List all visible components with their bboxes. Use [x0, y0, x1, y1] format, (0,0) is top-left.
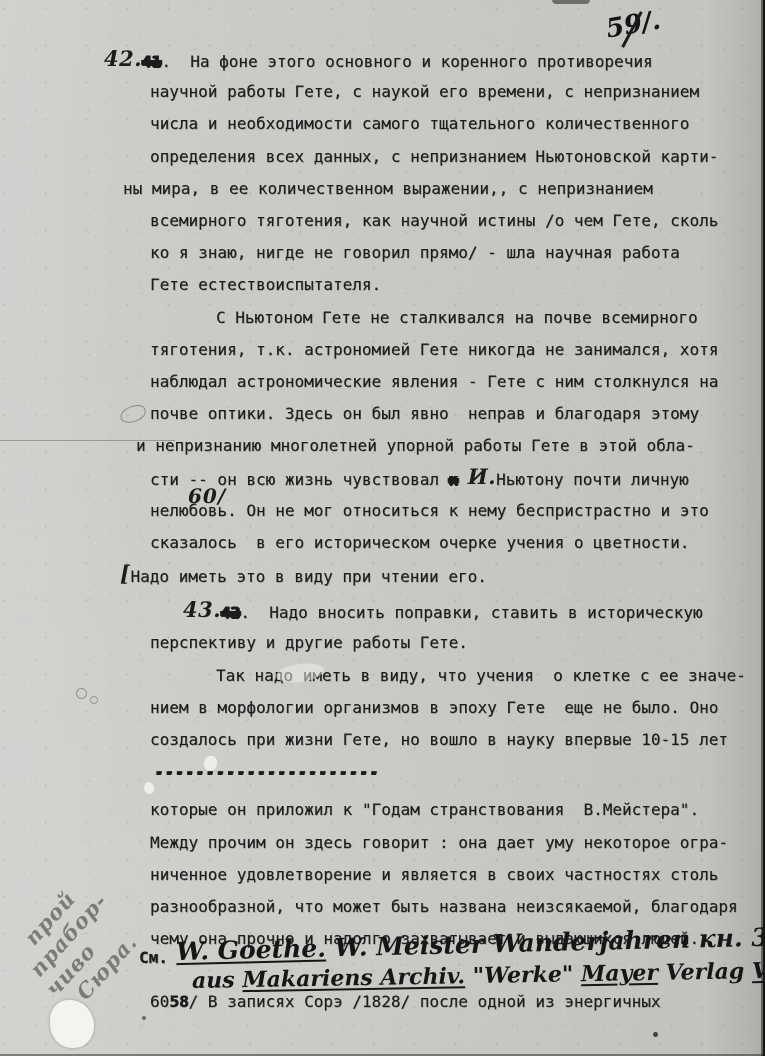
typed-line-seg: Ньютону почти личную: [496, 470, 689, 489]
typed-line-seg: 42.: [104, 46, 142, 71]
typed-line-seg: Между прочим он здесь говорит : она дает…: [150, 833, 728, 852]
typed-line: нием в морфологии организмов в эпоху Гет…: [150, 692, 762, 724]
typed-line-seg: почве оптики. Здесь он был явно неправ и…: [150, 404, 699, 423]
typed-line-seg: нием в морфологии организмов в эпоху Гет…: [150, 698, 718, 717]
pencil-swirl-mark: [118, 403, 147, 425]
typed-line-seg: ко я знаю, нигде не говорил прямо/ - шла…: [150, 243, 680, 262]
typed-line: С Ньютоном Гете не сталкивался на почве …: [216, 302, 762, 334]
typed-line-seg: Гете естествоиспытателя.: [150, 275, 381, 294]
typed-citation-line: 6058/ В записях Сорэ /1828/ после одной …: [150, 992, 661, 1011]
citation-line-2-seg: Mayer: [581, 960, 658, 987]
typed-line: сказалось в его историческом очерке учен…: [150, 527, 762, 559]
typed-line: создалось при жизни Гете, но вошло в нау…: [150, 724, 762, 756]
typed-line: ко я знаю, нигде не говорил прямо/ - шла…: [150, 237, 762, 269]
paper-damage-patch: [144, 782, 154, 794]
typed-line: 43.42. Надо вносить поправки, ставить в …: [183, 595, 762, 627]
typed-line-seg: ны мира, в ее количественном выражении,,…: [123, 179, 653, 198]
typed-line-seg: которые он приложил к "Годам странствова…: [150, 800, 699, 819]
citation-line-2-seg: aus: [192, 967, 243, 994]
citation-line-3-seg: 60: [150, 992, 169, 1011]
typed-line: 42.41. На фоне этого основного и коренно…: [104, 44, 762, 76]
typed-line: наблюдал астрономические явления - Гете …: [150, 366, 762, 398]
insertion-note-60: 60/: [188, 484, 226, 508]
typed-line: которые он приложил к "Годам странствова…: [150, 794, 762, 826]
typed-line-seg: ----------------------: [154, 762, 379, 781]
pencil-circle-mark: [90, 696, 98, 704]
typed-line: нелюбовь. Он не мог относиться к нему бе…: [150, 495, 762, 527]
typed-line-seg: научной работы Гете, с наукой его времен…: [150, 82, 699, 101]
citation-line-3-seg: 58: [169, 992, 188, 1011]
scan-edge-right: [760, 0, 765, 1056]
ink-speck: [142, 1016, 146, 1020]
typed-line: всемирного тяготения, как научной истины…: [150, 205, 762, 237]
typed-line-seg: . Надо вносить поправки, ставить в истор…: [240, 603, 702, 622]
typed-line-seg: 42: [221, 603, 240, 622]
typed-line-seg: всемирного тяготения, как научной истины…: [150, 211, 718, 230]
typed-line-seg: нелюбовь. Он не мог относиться к нему бе…: [150, 501, 709, 520]
typed-line-seg: Надо иметь это в виду при чтении его.: [130, 567, 486, 586]
citation-line-1-seg: W. Goethe.: [176, 933, 327, 966]
ink-speck: [653, 1032, 658, 1037]
typed-line-seg: создалось при жизни Гете, но вошло в нау…: [150, 730, 728, 749]
typed-line: числа и необходимости самого тщательного…: [150, 108, 762, 140]
typed-line-seg: [: [120, 561, 130, 586]
typed-line-seg: разнообразной, что может быть названа не…: [150, 897, 738, 916]
citation-line-2-seg: Makariens Archiv.: [242, 963, 465, 993]
scanned-page: 59/. 42.41. На фоне этого основного и ко…: [0, 0, 765, 1056]
scan-edge-mark: [552, 0, 590, 4]
typed-line: перспективу и другие работы Гете.: [150, 627, 762, 659]
typed-line-seg: и непризнанию многолетней упорной работы…: [136, 436, 695, 455]
margin-pencil-note: пройпрабор-чивоСюра.: [6, 871, 149, 1015]
typed-line-seg: И.: [468, 464, 496, 489]
typed-line-seg: С Ньютоном Гете не сталкивался на почве …: [216, 308, 698, 327]
typed-line-seg: тяготения, т.к. астрономией Гете никогда…: [150, 340, 718, 359]
typed-line: [Надо иметь это в виду при чтении его.: [120, 559, 762, 591]
typed-line-seg: . На фоне этого основного и коренного пр…: [161, 52, 652, 71]
typed-line: Между прочим он здесь говорит : она дает…: [150, 827, 762, 859]
paper-damage-patch: [50, 1000, 94, 1048]
typed-line: почве оптики. Здесь он был явно неправ и…: [150, 398, 762, 430]
typed-line-seg: наблюдал астрономические явления - Гете …: [150, 372, 718, 391]
typed-line: ниченное удовлетворение и является в сво…: [150, 859, 762, 891]
see-reference-label: См.: [139, 948, 168, 967]
typed-line-seg: ниченное удовлетворение и является в сво…: [150, 865, 718, 884]
typed-line: научной работы Гете, с наукой его времен…: [150, 76, 762, 108]
typed-line-seg: 43.: [183, 597, 221, 622]
typed-line-seg: определения всех данных, с непризнанием …: [150, 147, 718, 166]
typed-line: тяготения, т.к. астрономией Гете никогда…: [150, 334, 762, 366]
typed-line-seg: 41: [142, 52, 161, 71]
typed-line: определения всех данных, с непризнанием …: [150, 141, 762, 173]
typed-line: сти -- он всю жизнь чувствовал к И.Ньюто…: [150, 462, 762, 494]
typed-line: ----------------------: [154, 756, 762, 788]
typed-line: и непризнанию многолетней упорной работы…: [136, 430, 762, 462]
typed-line-seg: числа и необходимости самого тщательного…: [150, 114, 689, 133]
typed-line-seg: сказалось в его историческом очерке учен…: [150, 533, 689, 552]
typed-line-seg: [458, 470, 468, 489]
paper-crease: [0, 440, 175, 441]
typewritten-text-block: 42.41. На фоне этого основного и коренно…: [150, 44, 762, 955]
citation-line-2-seg: Verlag: [658, 958, 752, 986]
typed-line-seg: перспективу и другие работы Гете.: [150, 633, 468, 652]
typed-line: разнообразной, что может быть названа не…: [150, 891, 762, 923]
typed-line: Гете естествоиспытателя.: [150, 269, 762, 301]
typed-line: ны мира, в ее количественном выражении,,…: [123, 173, 762, 205]
typed-line-seg: к: [449, 470, 459, 489]
citation-line-3-seg: / В записях Сорэ /1828/ после одной из э…: [189, 992, 661, 1011]
pencil-circle-mark: [76, 688, 87, 699]
citation-line-2-seg: "Werke": [465, 961, 581, 989]
